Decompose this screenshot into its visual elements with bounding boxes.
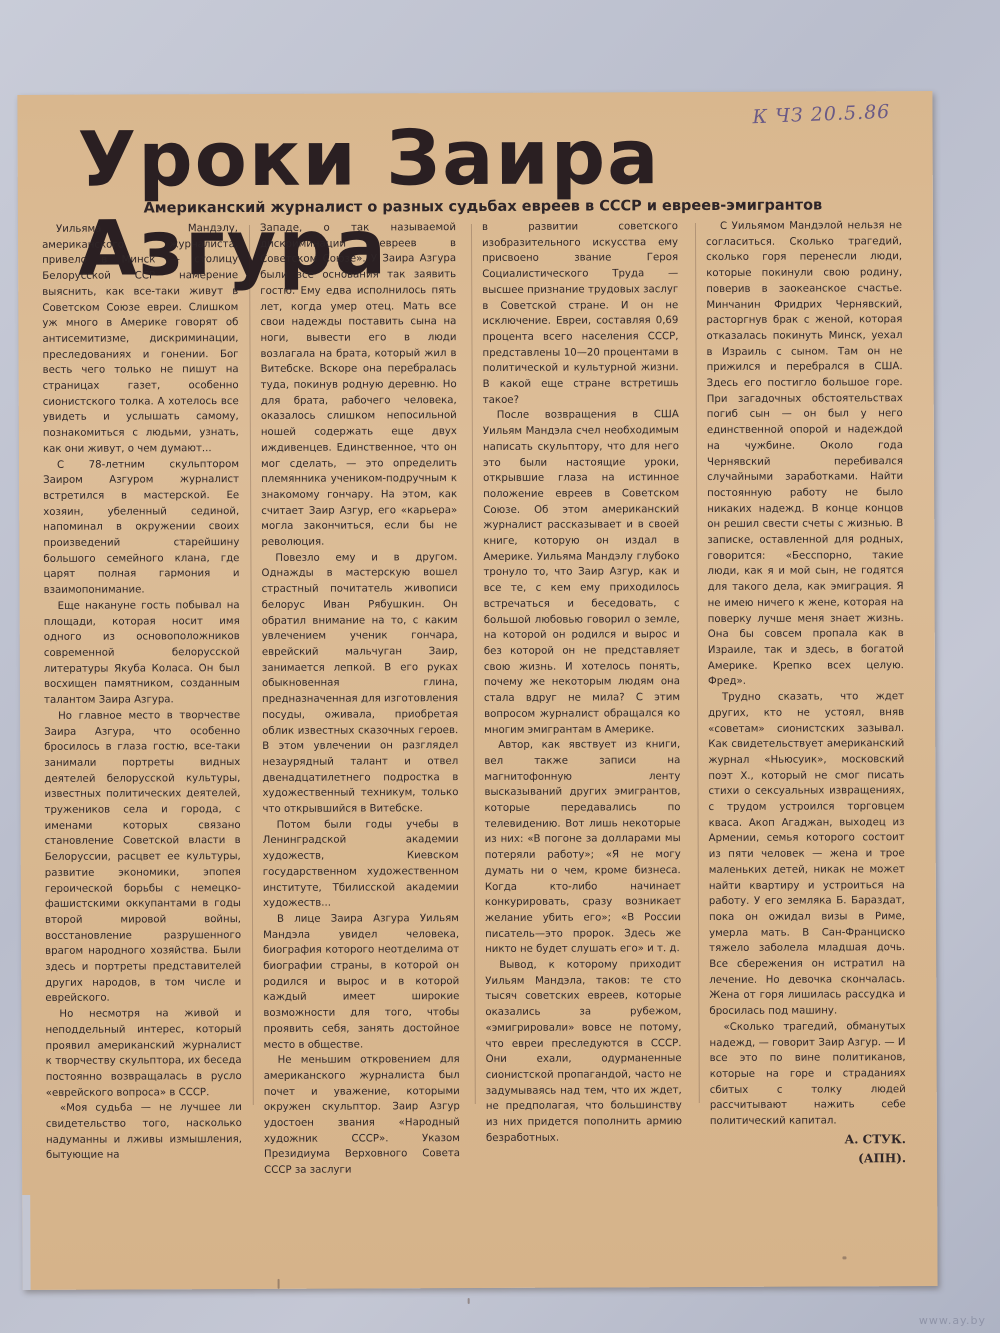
article-paragraph: в развитии советского изобразительного и… [482,219,679,408]
article-paragraph: Вывод, к которому приходит Уильям Мандэл… [485,957,682,1146]
paper-blemish [278,1279,280,1289]
article-paragraph: Уильяма Мандэлу, американского журналист… [42,221,239,457]
article-paragraph: «Сколько трагедий, обманутых надежд, — г… [709,1019,905,1130]
paper-blemish [468,1298,470,1304]
article-paragraph: Но главное место в творчестве Заира Азгу… [44,708,241,1007]
article-paragraph: Еще накануне гость побывал на площади, к… [44,598,240,709]
article-body: Уильяма Мандэлу, американского журналист… [42,218,926,1142]
article-paragraph: «Моя судьба — не лучшее ли свидетельство… [46,1100,242,1164]
column-3: в развитии советского изобразительного и… [482,219,682,1146]
newspaper-clipping: К ЧЗ 20.5.86 Уроки Заира Азгура Американ… [17,91,937,1290]
column-divider [695,223,700,1103]
article-paragraph: Трудно сказать, что ждет других, кто не … [708,689,905,1020]
article-paragraph: После возвращения в США Уильям Мандэла с… [483,408,680,739]
column-1: Уильяма Мандэлу, американского журналист… [42,221,242,1164]
article-paragraph: В лице Заира Азгура Уильям Мандэла увиде… [263,911,460,1053]
site-watermark: www.ay.by [919,1314,986,1327]
news-agency: (АПН). [710,1150,906,1168]
column-4-paragraphs: С Уильямом Мандэлой нельзя не согласитьс… [706,218,906,1130]
column-4: С Уильямом Мандэлой нельзя не согласитьс… [706,218,906,1168]
article-paragraph: С 78-летним скульптором Заиром Азгуром ж… [43,457,240,599]
article-paragraph: Западе, о так называемой дискриминации е… [260,220,457,551]
article-paragraph: Потом были годы учебы в Ленинградской ак… [263,817,459,912]
column-divider [249,225,254,1105]
article-paragraph: Автор, как явствует из книги, вел также … [484,737,681,958]
article-paragraph: Повезло ему и в другом. Однажды в мастер… [261,550,458,818]
article-paragraph: С Уильямом Мандэлой нельзя не согласитьс… [706,218,904,690]
torn-edge [22,1195,30,1290]
article-paragraph: Не меньшим откровением для американского… [264,1052,461,1178]
column-2: Западе, о так называемой дискриминации е… [260,220,460,1179]
article-paragraph: Но несмотря на живой и неподдельный инте… [45,1006,241,1101]
author-byline: А. СТУК. [710,1131,906,1149]
column-divider [471,224,476,1104]
paper-blemish [842,1256,846,1259]
